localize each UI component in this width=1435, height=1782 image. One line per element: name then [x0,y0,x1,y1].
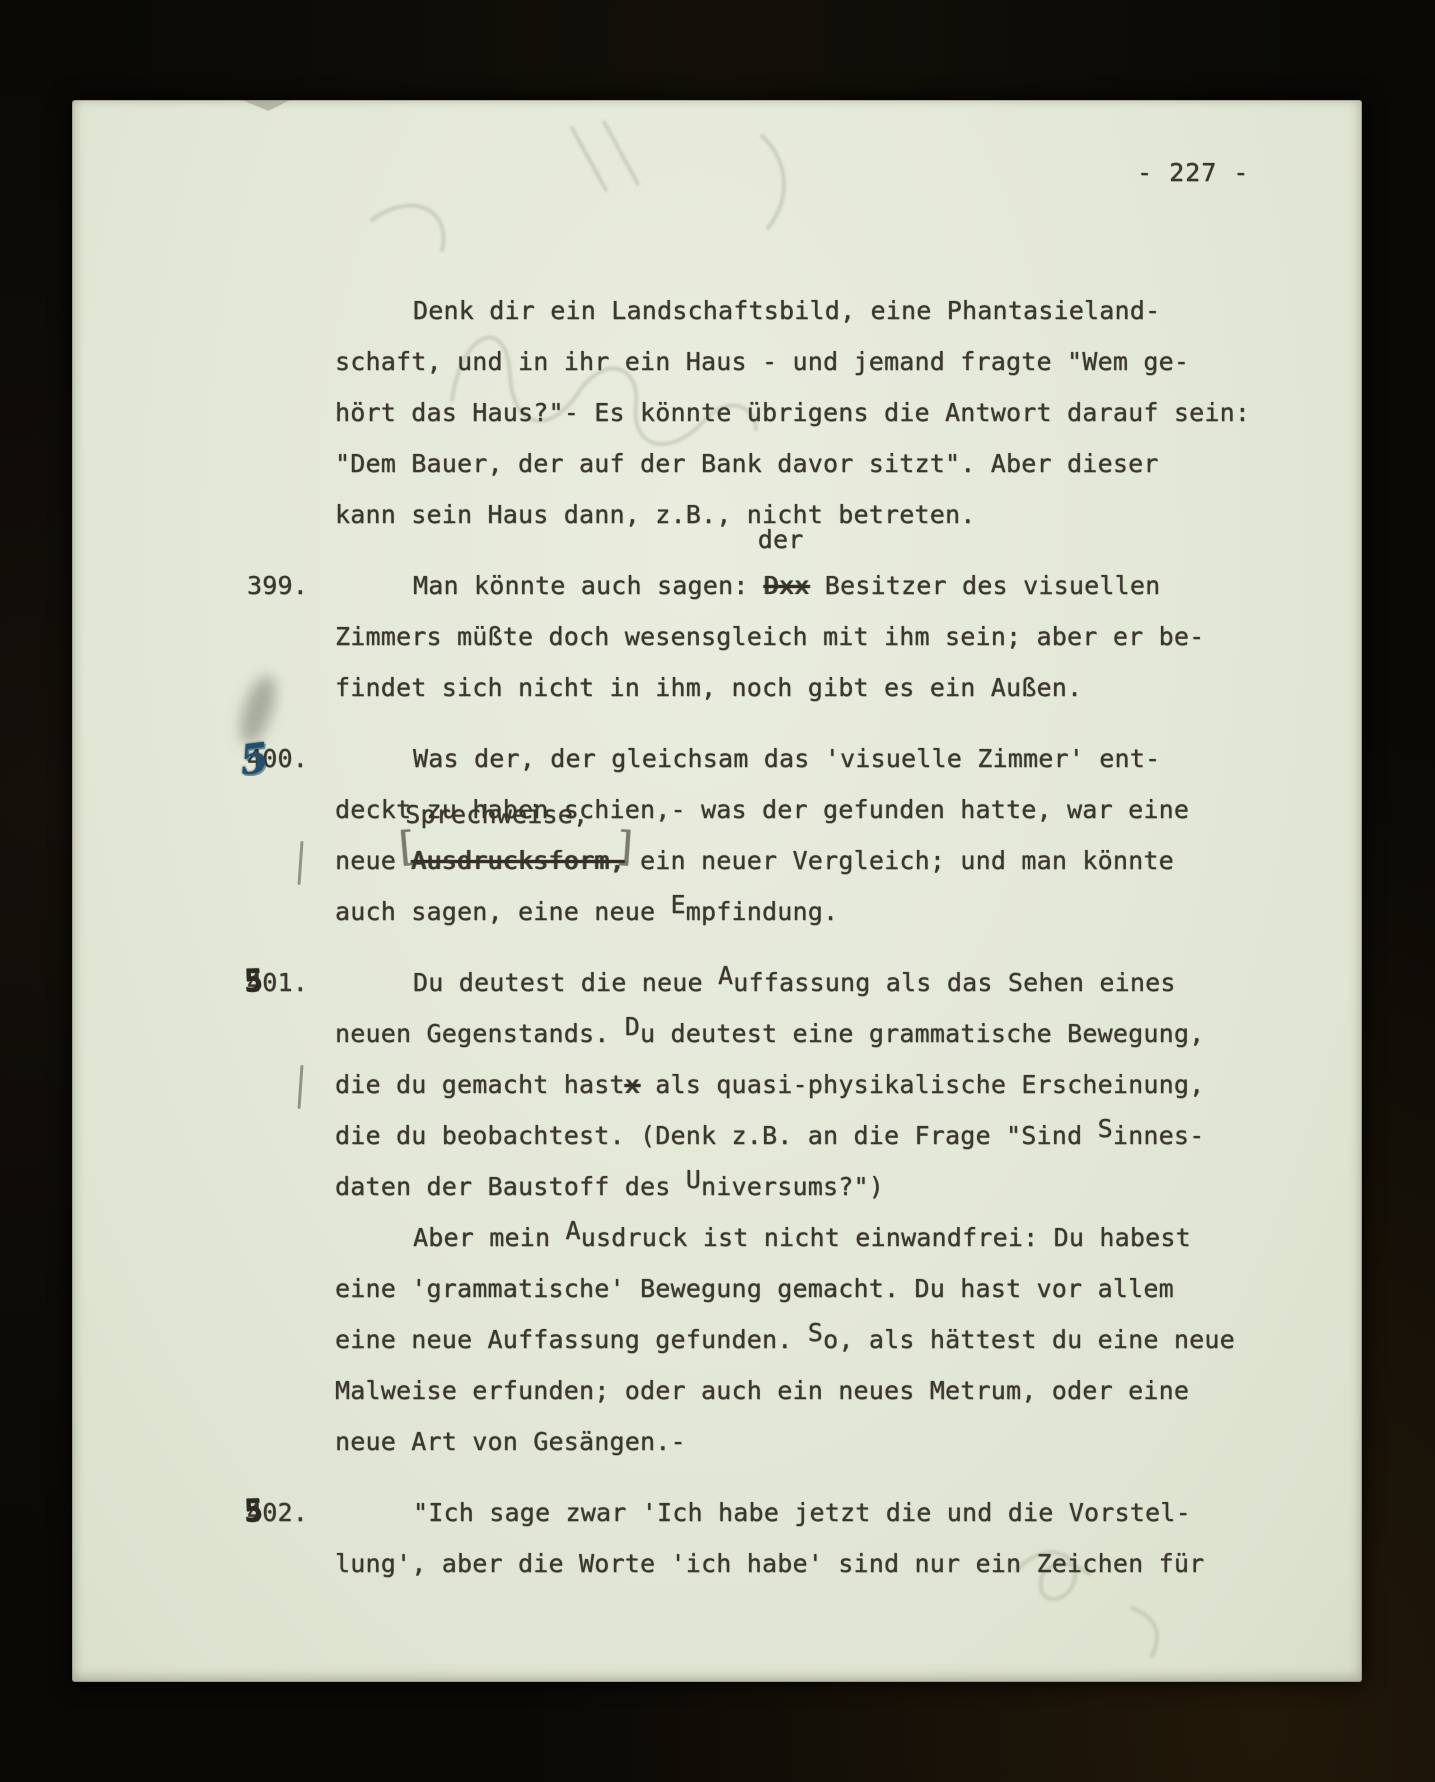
margin-number: 402.5 [247,1487,308,1538]
typed-line: Denk dir ein Landschaftsbild, eine Phant… [335,285,1330,336]
typescript-content: Denk dir ein Landschaftsbild, eine Phant… [335,285,1330,1589]
typed-line: kann sein Haus dann, z.B., nicht betrete… [335,489,1330,540]
margin-number: 401.5 [247,957,308,1008]
inserted-word: der [758,527,804,552]
pencil-bracket-right: ] [616,826,635,867]
inserted-word: Sprechweise, [405,802,588,827]
correction: Dxxder [764,560,810,611]
typed-line: Du deutest die neue Auffassung als das S… [335,957,1330,1008]
raised-letter: S [1098,1114,1113,1143]
typed-line: eine 'grammatische' Bewegung gemacht. Du… [335,1263,1330,1314]
scan-background: - 227 - Denk dir ein Landschaftsbild, ei… [0,0,1435,1782]
typed-line: Zimmers müßte doch wesensgleich mit ihm … [335,611,1330,662]
struck-out-word: x [625,1070,640,1099]
paragraph-p-501: 401.5Du deutest die neue Auffassung als … [335,957,1330,1212]
margin-number: 399. [247,560,308,611]
page-number: - 227 - [1137,158,1249,187]
typed-line: Man könnte auch sagen: Dxxder Besitzer d… [335,560,1330,611]
paragraph-p-501-cont: Aber mein Ausdruck ist nicht einwandfrei… [335,1212,1330,1467]
typed-line: Malweise erfunden; oder auch ein neues M… [335,1365,1330,1416]
typed-line: Aber mein Ausdruck ist nicht einwandfrei… [335,1212,1330,1263]
typed-line-with-pencil-mark: die du gemacht hastx als quasi-physikali… [335,1059,1330,1110]
handwritten-correction-digit: 5 [243,966,263,998]
paper-fold-mark [242,100,290,111]
typed-line: "Ich sage zwar 'Ich habe jetzt die und d… [335,1487,1330,1538]
typed-line: findet sich nicht in ihm, noch gibt es e… [335,662,1330,713]
typed-line: eine neue Auffassung gefunden. So, als h… [335,1314,1330,1365]
raised-letter: D [625,1012,640,1041]
raised-letter: A [718,961,733,990]
document-page: - 227 - Denk dir ein Landschaftsbild, ei… [72,100,1362,1682]
raised-letter: U [686,1165,701,1194]
paragraph-p-intro: Denk dir ein Landschaftsbild, eine Phant… [335,285,1330,540]
typed-line: neuen Gegenstands. Du deutest eine gramm… [335,1008,1330,1059]
typed-line: die du beobachtest. (Denk z.B. an die Fr… [335,1110,1330,1161]
typed-line: "Dem Bauer, der auf der Bank davor sitzt… [335,438,1330,489]
raised-letter: E [671,890,686,919]
typed-number: 399. [247,571,308,600]
struck-out-word: Ausdrucksform, [411,846,625,875]
typed-line-with-pencil-mark: neue Ausdrucksform,Sprechweise,[] ein ne… [335,835,1330,886]
paragraph-p-400: 400.5Was der, der gleichsam das 'visuell… [335,733,1330,937]
raised-letter: A [566,1216,581,1245]
typed-line: hört das Haus?"- Es könnte übrigens die … [335,387,1330,438]
paragraph-p-399: 399.Man könnte auch sagen: Dxxder Besitz… [335,560,1330,713]
correction: x [625,1059,640,1110]
typed-line: neue Art von Gesängen.- [335,1416,1330,1467]
handwritten-correction-digit: 5 [238,737,272,781]
typed-line: schaft, und in ihr ein Haus - und jemand… [335,336,1330,387]
typed-line: daten der Baustoff des Universums?") [335,1161,1330,1212]
raised-letter: S [808,1318,823,1347]
handwritten-correction-digit: 5 [243,1496,263,1528]
correction: Ausdrucksform,Sprechweise,[] [411,835,625,886]
typed-line: lung', aber die Worte 'ich habe' sind nu… [335,1538,1330,1589]
paragraph-p-502: 402.5"Ich sage zwar 'Ich habe jetzt die … [335,1487,1330,1589]
typed-line: Was der, der gleichsam das 'visuelle Zim… [335,733,1330,784]
margin-number: 400.5 [247,733,308,784]
typed-line: auch sagen, eine neue Empfindung. [335,886,1330,937]
struck-out-word: Dxx [764,571,810,600]
